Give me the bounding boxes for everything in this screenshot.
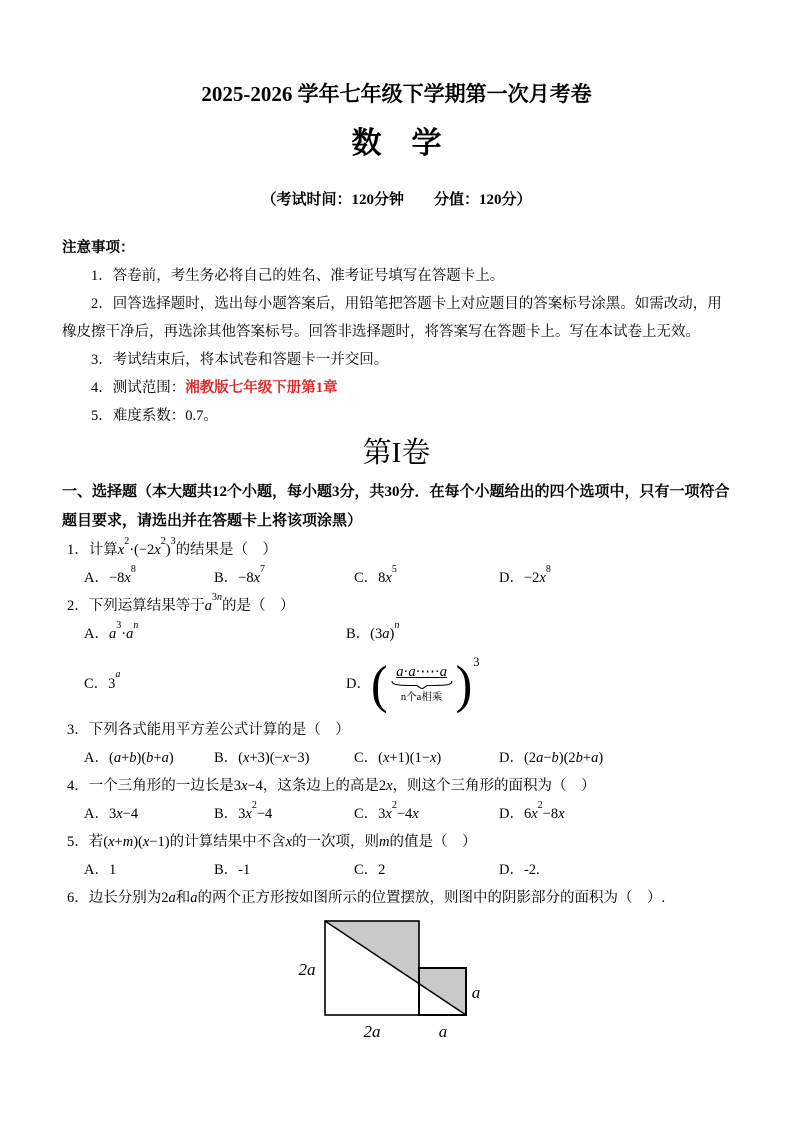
exam-info-line: （考试时间：120分钟 分值：120分） bbox=[62, 190, 731, 210]
question-1-stem: 1．计算x2·(−2x2)3的结果是（ ） bbox=[62, 536, 731, 565]
question-6-stem: 6．边长分别为2a和a的两个正方形按如图所示的位置摆放，则图中的阴影部分的面积为… bbox=[62, 884, 731, 913]
option-c: C．3x2−4x bbox=[354, 801, 499, 828]
option-a: A．1 bbox=[84, 857, 214, 884]
question-2-stem: 2．下列运算结果等于a3n的是（ ） bbox=[62, 592, 731, 621]
notice-item-5: 5．难度系数：0.7。 bbox=[62, 402, 731, 430]
question-2-options-row-1: A．a3·an B．(3a)n bbox=[62, 621, 731, 648]
option-c: C．3a bbox=[84, 671, 346, 698]
option-a: A．3x−4 bbox=[84, 801, 214, 828]
question-6: 6．边长分别为2a和a的两个正方形按如图所示的位置摆放，则图中的阴影部分的面积为… bbox=[62, 884, 731, 1050]
question-4-options: A．3x−4 B．3x2−4 C．3x2−4x D．6x2−8x bbox=[62, 801, 731, 828]
question-5: 5．若(x+m)(x−1)的计算结果中不含x的一次项，则m的值是（ ） A．1 … bbox=[62, 828, 731, 884]
left-paren: ( bbox=[371, 660, 388, 707]
option-a: A．(a+b)(b+a) bbox=[84, 745, 214, 772]
notice-item-1: 1．答卷前，考生务必将自己的姓名、准考证号填写在答题卡上。 bbox=[62, 262, 731, 290]
q6-figure: 2a 2a a a bbox=[62, 917, 731, 1050]
question-4: 4．一个三角形的一边长是3x−4，这条边上的高是2x，则这个三角形的面积为（ ）… bbox=[62, 772, 731, 828]
underbrace-group: a·a·⋯·a n个a相乘 bbox=[391, 664, 453, 704]
question-2: 2．下列运算结果等于a3n的是（ ） A．a3·an B．(3a)n C．3a … bbox=[62, 592, 731, 716]
underbrace-expression: a·a·⋯·a bbox=[396, 664, 447, 681]
exponent: 3 bbox=[473, 649, 479, 676]
question-3-options: A．(a+b)(b+a) B．(x+3)(−x−3) C．(x+1)(1−x) … bbox=[62, 745, 731, 772]
page-title: 2025-2026 学年七年级下学期第一次月考卷 bbox=[62, 80, 731, 108]
option-d: D． ( a·a·⋯·a n个a相乘 ) 3 bbox=[346, 662, 731, 707]
figure-label-bottom-left: 2a bbox=[363, 1022, 380, 1041]
option-d: D．6x2−8x bbox=[499, 801, 731, 828]
option-a: A．−8x8 bbox=[84, 565, 214, 592]
q6-figure-svg: 2a 2a a a bbox=[291, 917, 503, 1045]
exam-paper-page: 2025-2026 学年七年级下学期第一次月考卷 数 学 （考试时间：120分钟… bbox=[0, 0, 793, 1122]
section1-heading: 一、选择题（本大题共12个小题，每小题3分，共30分．在每个小题给出的四个选项中… bbox=[62, 478, 731, 536]
question-3: 3．下列各式能用平方差公式计算的是（ ） A．(a+b)(b+a) B．(x+3… bbox=[62, 716, 731, 772]
option-d: D．−2x8 bbox=[499, 565, 731, 592]
figure-shaded-small-region bbox=[419, 968, 466, 1015]
question-2-options-row-2: C．3a D． ( a·a·⋯·a n个a相乘 ) 3 bbox=[62, 652, 731, 716]
right-paren: ) bbox=[456, 660, 473, 707]
figure-label-left: 2a bbox=[298, 960, 315, 979]
option-b: B．-1 bbox=[214, 857, 354, 884]
underbrace-label: n个a相乘 bbox=[401, 691, 442, 704]
notice-section: 注意事项： 1．答卷前，考生务必将自己的姓名、准考证号填写在答题卡上。 2．回答… bbox=[62, 234, 731, 430]
subject-title: 数 学 bbox=[62, 124, 731, 164]
question-5-stem: 5．若(x+m)(x−1)的计算结果中不含x的一次项，则m的值是（ ） bbox=[62, 828, 731, 857]
question-5-options: A．1 B．-1 C．2 D．-2. bbox=[62, 857, 731, 884]
notice-scope-highlight: 湘教版七年级下册第1章 bbox=[185, 380, 337, 396]
option-b: B．3x2−4 bbox=[214, 801, 354, 828]
notice-item-4-prefix: 4．测试范围： bbox=[91, 380, 185, 396]
figure-label-right: a bbox=[471, 983, 480, 1002]
question-1: 1．计算x2·(−2x2)3的结果是（ ） A．−8x8 B．−8x7 C．8x… bbox=[62, 536, 731, 592]
option-b: B．(x+3)(−x−3) bbox=[214, 745, 354, 772]
question-3-stem: 3．下列各式能用平方差公式计算的是（ ） bbox=[62, 716, 731, 745]
underbrace-icon bbox=[391, 681, 453, 689]
notice-item-4: 4．测试范围：湘教版七年级下册第1章 bbox=[62, 374, 731, 402]
option-c: C．8x5 bbox=[354, 565, 499, 592]
option-d: D．(2a−b)(2b+a) bbox=[499, 745, 731, 772]
option-c: C．2 bbox=[354, 857, 499, 884]
option-b: B．(3a)n bbox=[346, 621, 731, 648]
question-1-options: A．−8x8 B．−8x7 C．8x5 D．−2x8 bbox=[62, 565, 731, 592]
option-c: C．(x+1)(1−x) bbox=[354, 745, 499, 772]
part1-heading: 第I卷 bbox=[62, 434, 731, 472]
figure-label-bottom-right: a bbox=[438, 1022, 447, 1041]
option-a: A．a3·an bbox=[84, 621, 346, 648]
option-d-label: D． bbox=[346, 671, 371, 698]
notice-heading: 注意事项： bbox=[62, 234, 731, 262]
question-4-stem: 4．一个三角形的一边长是3x−4，这条边上的高是2x，则这个三角形的面积为（ ） bbox=[62, 772, 731, 801]
option-b: B．−8x7 bbox=[214, 565, 354, 592]
notice-item-3: 3．考试结束后，将本试卷和答题卡一并交回。 bbox=[62, 346, 731, 374]
notice-item-2: 2．回答选择题时，选出每小题答案后，用铅笔把答题卡上对应题目的答案标号涂黑。如需… bbox=[62, 290, 731, 346]
option-d: D．-2. bbox=[499, 857, 731, 884]
